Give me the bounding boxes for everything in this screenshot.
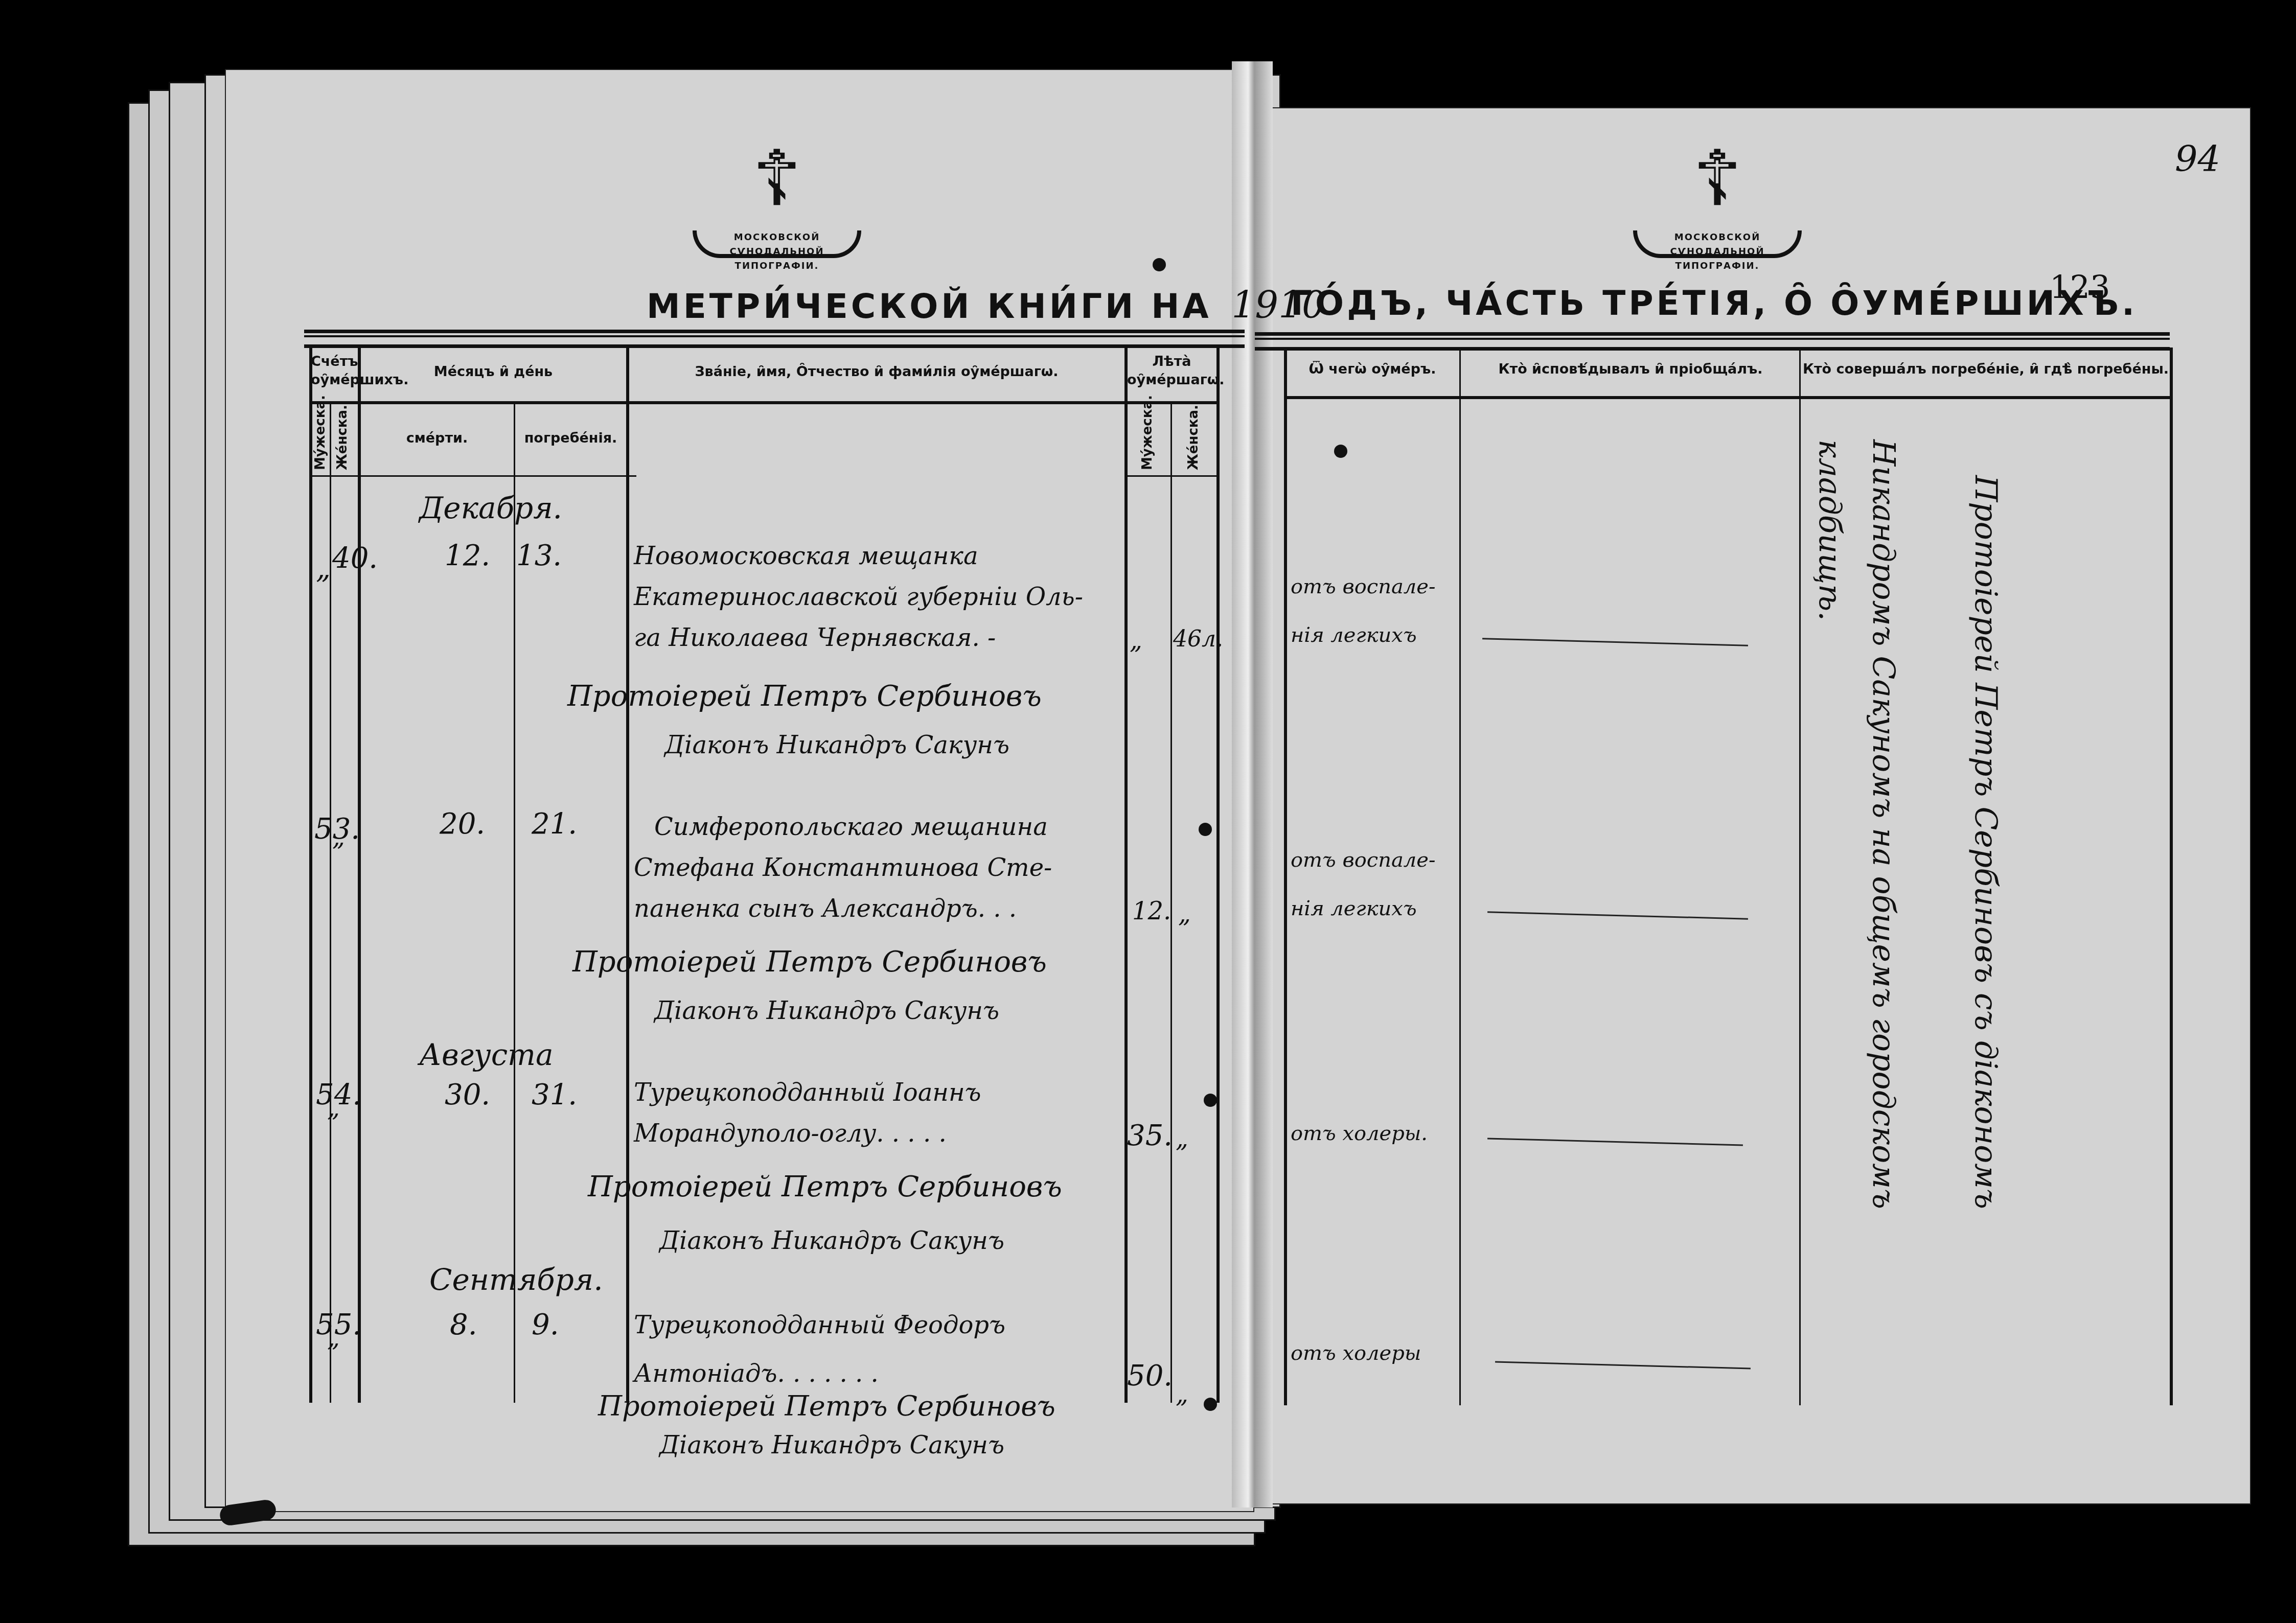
signature-priest: Протоіерей Петръ Сербиновъ (588, 1170, 1062, 1203)
month: Сентября. (429, 1262, 603, 1297)
grid-line (626, 345, 629, 1403)
month: Декабря. (419, 491, 562, 525)
header-age-female: Же́нска. (1186, 409, 1201, 470)
grid-line (1459, 347, 1461, 1405)
grid-line (1216, 345, 1220, 1403)
name-line: Турецкоподданный Іоаннъ (634, 1078, 981, 1107)
header-confessor: Кто̀ и̑сповѣ́дывалъ и̑ пріобща́лъ. (1462, 360, 1799, 379)
header-age: Лѣта̀ оу̑ме́ршагѡ. (1127, 353, 1216, 389)
folio-number: 94 (2175, 138, 2220, 180)
header-month-day: Ме́сяцъ и̑ де́нь (360, 363, 626, 381)
age-male: 12. (1132, 897, 1171, 925)
cause-line: нія легкихъ (1291, 623, 1417, 647)
month: Августа (419, 1037, 554, 1072)
burial-day: 31. (532, 1078, 577, 1111)
signature-deacon: Діаконъ Никандръ Сакунъ (664, 731, 1009, 759)
name-line: га Николаева Чернявская. - (634, 623, 996, 652)
signature-deacon: Діаконъ Никандръ Сакунъ (659, 1226, 1004, 1255)
cause-line: отъ воспале- (1291, 575, 1435, 598)
subheader-divider (309, 475, 636, 477)
name-line: паненка сынъ Александръ. . . (634, 894, 1017, 923)
grid-line (358, 345, 361, 1403)
name-line: Екатеринославской губерніи Оль- (634, 583, 1083, 611)
signature-priest: Протоіерей Петръ Сербиновъ (598, 1390, 1055, 1422)
header-age-male: Му́жеска. (1140, 409, 1155, 470)
title-right: ГО́ДЪ, ЧА́СТЬ ТРЕ́ТІЯ, О̑ О̑УМЕ́РШИХЪ. (1291, 284, 2138, 323)
signature-deacon: Діаконъ Никандръ Сакунъ (659, 1431, 1004, 1459)
name-line: Турецкоподданный Феодоръ (634, 1311, 1005, 1339)
burial-day: 13. (516, 539, 562, 572)
header-count: Сче́тъ оу̑ме́ршихъ. (311, 353, 358, 389)
grid-line (1799, 347, 1801, 1405)
header-burial-by: Кто̀ соверша́лъ погребе́ніе, и̑ гдѣ̀ пог… (1802, 360, 2170, 379)
age-female: 46л. (1173, 626, 1223, 652)
signature-deacon: Діаконъ Никандръ Сакунъ (654, 996, 999, 1025)
burial-day: 9. (532, 1308, 559, 1341)
binding-hole (1334, 445, 1347, 458)
death-day: 20. (440, 807, 485, 841)
burial-day: 21. (532, 807, 577, 841)
female-number: „ (332, 823, 345, 851)
name-line: Стефана Константинова Сте- (634, 853, 1052, 882)
age-male: 35. (1127, 1119, 1173, 1152)
header-cause: Ѿ чегѡ̀ оу̑ме́ръ. (1285, 360, 1459, 379)
age-male: 50. (1127, 1359, 1173, 1393)
title-left-text: МЕТРИ́ЧЕСКОЙ КНИ́ГИ НА (647, 287, 1212, 326)
header-burial: погребе́нія. (515, 429, 626, 448)
header-rule-left (304, 330, 1245, 348)
female-number: 40. (332, 542, 378, 575)
age-female: „ (1176, 1124, 1188, 1153)
grid-line (1284, 347, 1287, 1405)
age-female: „ (1178, 899, 1191, 928)
header-count-male: Му́жеска. (313, 409, 328, 470)
name-line: Симферопольскаго мещанина (654, 813, 1048, 841)
burial-note-line: Протоіерей Петръ Сербиновъ съ діакономъ (1968, 475, 2004, 1209)
imperial-crest-right: ☦ МОСКОВСКОЙ СѴНОДАЛЬНОЙ ТИПОГРАФІИ. (1633, 135, 1802, 263)
double-headed-eagle-icon: ☦ (1633, 135, 1802, 222)
death-day: 8. (450, 1308, 477, 1341)
header-divider (1284, 396, 2171, 399)
female-number: „ (327, 1094, 340, 1122)
signature-priest: Протоіерей Петръ Сербиновъ (572, 945, 1047, 979)
cause-line: отъ холеры (1291, 1341, 1421, 1365)
header-rule-right (1255, 332, 2170, 351)
header-name: Зва́ніе, и̑мя, О̑тчество и̑ фами́лія оу̑… (629, 363, 1124, 381)
title-left: МЕТРИ́ЧЕСКОЙ КНИ́ГИ НА 1910 (647, 284, 1325, 327)
burial-note-line: Никандромъ Сакуномъ на общемъ городскомъ (1866, 439, 1901, 1209)
death-day: 12. (445, 539, 490, 572)
name-line: Антоніадъ. . . . . . . (634, 1359, 879, 1388)
grid-line (514, 404, 515, 1403)
book-spine (1232, 61, 1273, 1508)
header-death: сме́рти. (360, 429, 514, 448)
imperial-crest-left: ☦ МОСКОВСКОЙ СѴНОДАЛЬНОЙ ТИПОГРАФІИ. (693, 135, 861, 263)
death-day: 30. (445, 1078, 490, 1111)
crest-ribbon: МОСКОВСКОЙ СѴНОДАЛЬНОЙ ТИПОГРАФІИ. (693, 230, 861, 258)
age-female: „ (1176, 1380, 1188, 1408)
grid-line (2170, 347, 2173, 1405)
cause-line: отъ воспале- (1291, 848, 1435, 872)
binding-hole (1199, 823, 1212, 836)
cause-line: нія легкихъ (1291, 897, 1417, 920)
binding-hole (1153, 258, 1166, 271)
signature-priest: Протоіерей Петръ Сербиновъ (567, 680, 1042, 713)
header-divider (309, 401, 1219, 404)
name-line: Новомосковская мещанка (634, 542, 978, 570)
header-count-female: Же́нска. (335, 409, 350, 470)
female-number: „ (327, 1324, 340, 1352)
grid-line (1124, 345, 1128, 1403)
burial-note-line: кладбищѣ. (1812, 439, 1848, 621)
subheader-divider (1124, 475, 1216, 477)
binding-hole (1204, 1398, 1217, 1411)
age-male: „ (1130, 626, 1142, 655)
double-headed-eagle-icon: ☦ (693, 135, 861, 222)
binding-hole (1204, 1094, 1217, 1107)
cause-line: отъ холеры. (1291, 1122, 1428, 1145)
male-number: „ (316, 552, 331, 585)
name-line: Морандуполо-оглу. . . . . (634, 1119, 947, 1148)
grid-line (309, 345, 312, 1403)
crest-ribbon: МОСКОВСКОЙ СѴНОДАЛЬНОЙ ТИПОГРАФІИ. (1633, 230, 1802, 258)
